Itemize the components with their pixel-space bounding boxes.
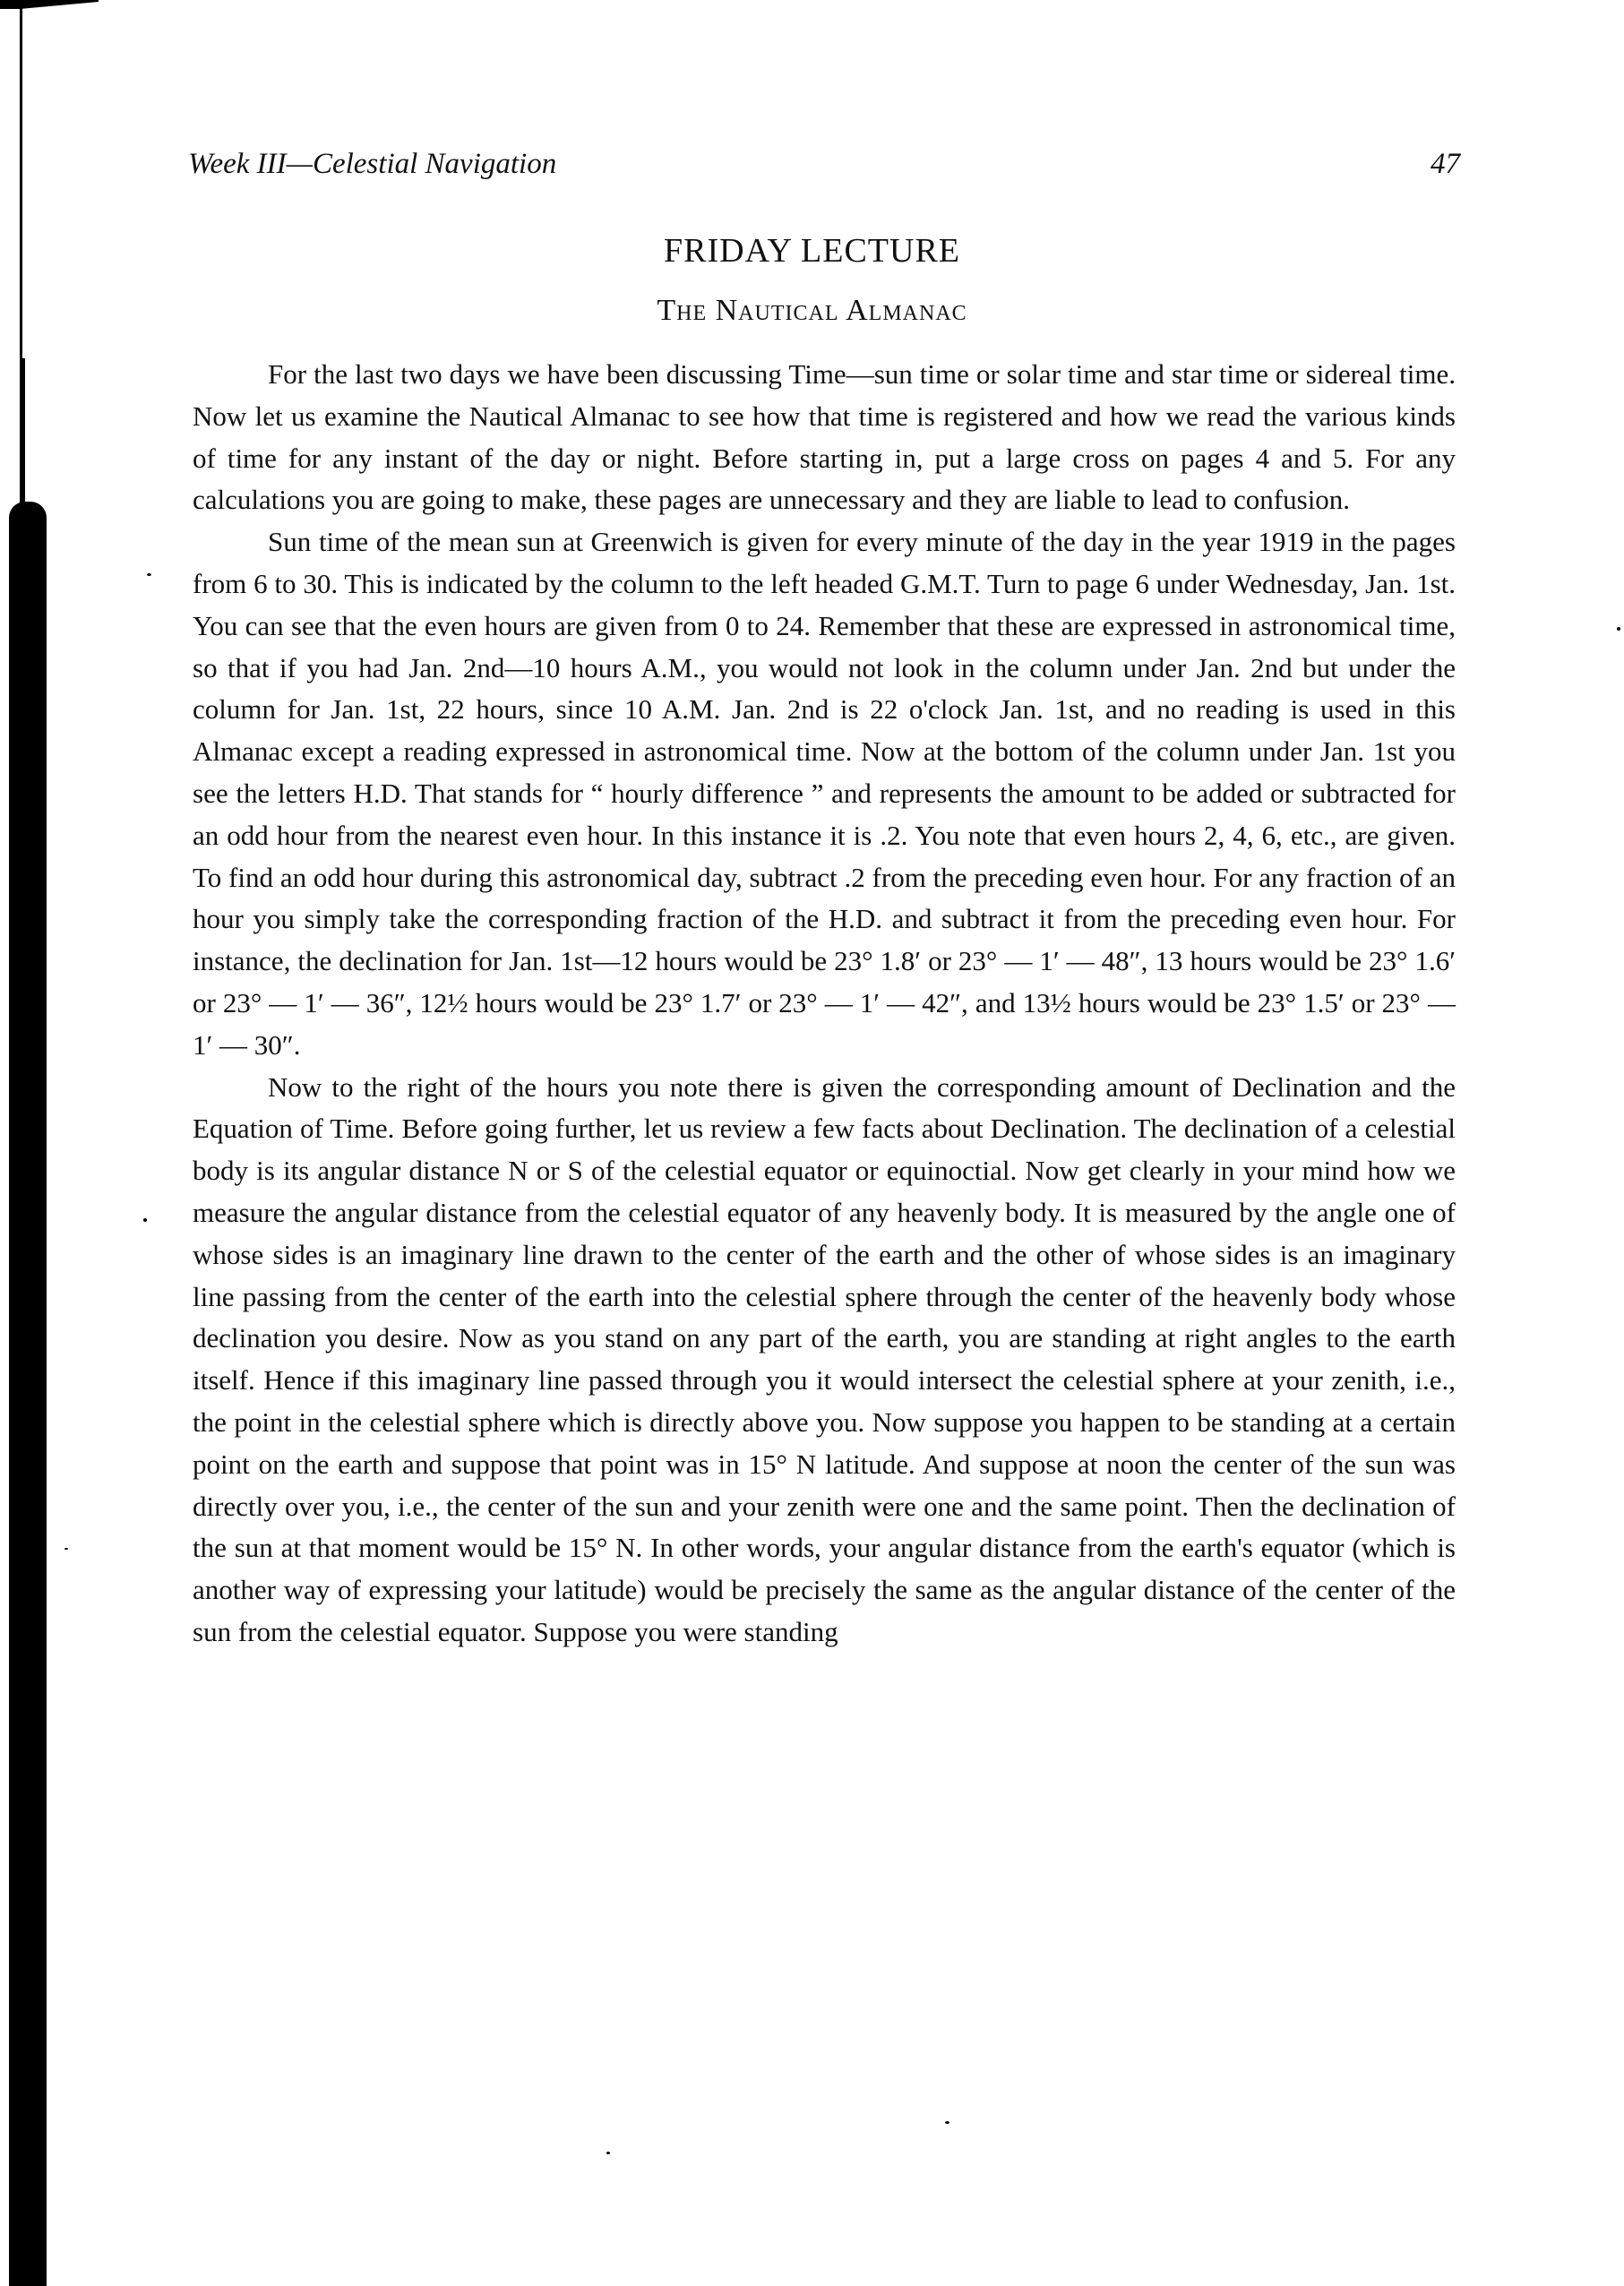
paragraph-2: Sun time of the mean sun at Greenwich is…: [193, 521, 1456, 1066]
section-title: The Nautical Almanac: [0, 294, 1624, 328]
scan-speck: [606, 2152, 610, 2154]
paragraph-3: Now to the right of the hours you note t…: [193, 1067, 1456, 1654]
scan-speck: [143, 1218, 147, 1222]
scan-speck: [945, 2121, 949, 2124]
binding-shadow-gutter: [9, 502, 47, 2286]
running-head-title: Week III—Celestial Navigation: [188, 148, 556, 181]
scan-speck: [1617, 627, 1620, 631]
running-head: Week III—Celestial Navigation 47: [188, 148, 1460, 193]
paragraph-1: For the last two days we have been discu…: [193, 354, 1456, 521]
lecture-title: FRIDAY LECTURE: [0, 231, 1624, 271]
scan-speck: [64, 1548, 68, 1550]
page-number: 47: [1431, 148, 1460, 181]
scan-speck: [147, 573, 151, 576]
body-text: For the last two days we have been discu…: [193, 354, 1456, 1654]
binding-shadow-top: [0, 0, 99, 9]
binding-shadow-neck: [20, 358, 25, 511]
